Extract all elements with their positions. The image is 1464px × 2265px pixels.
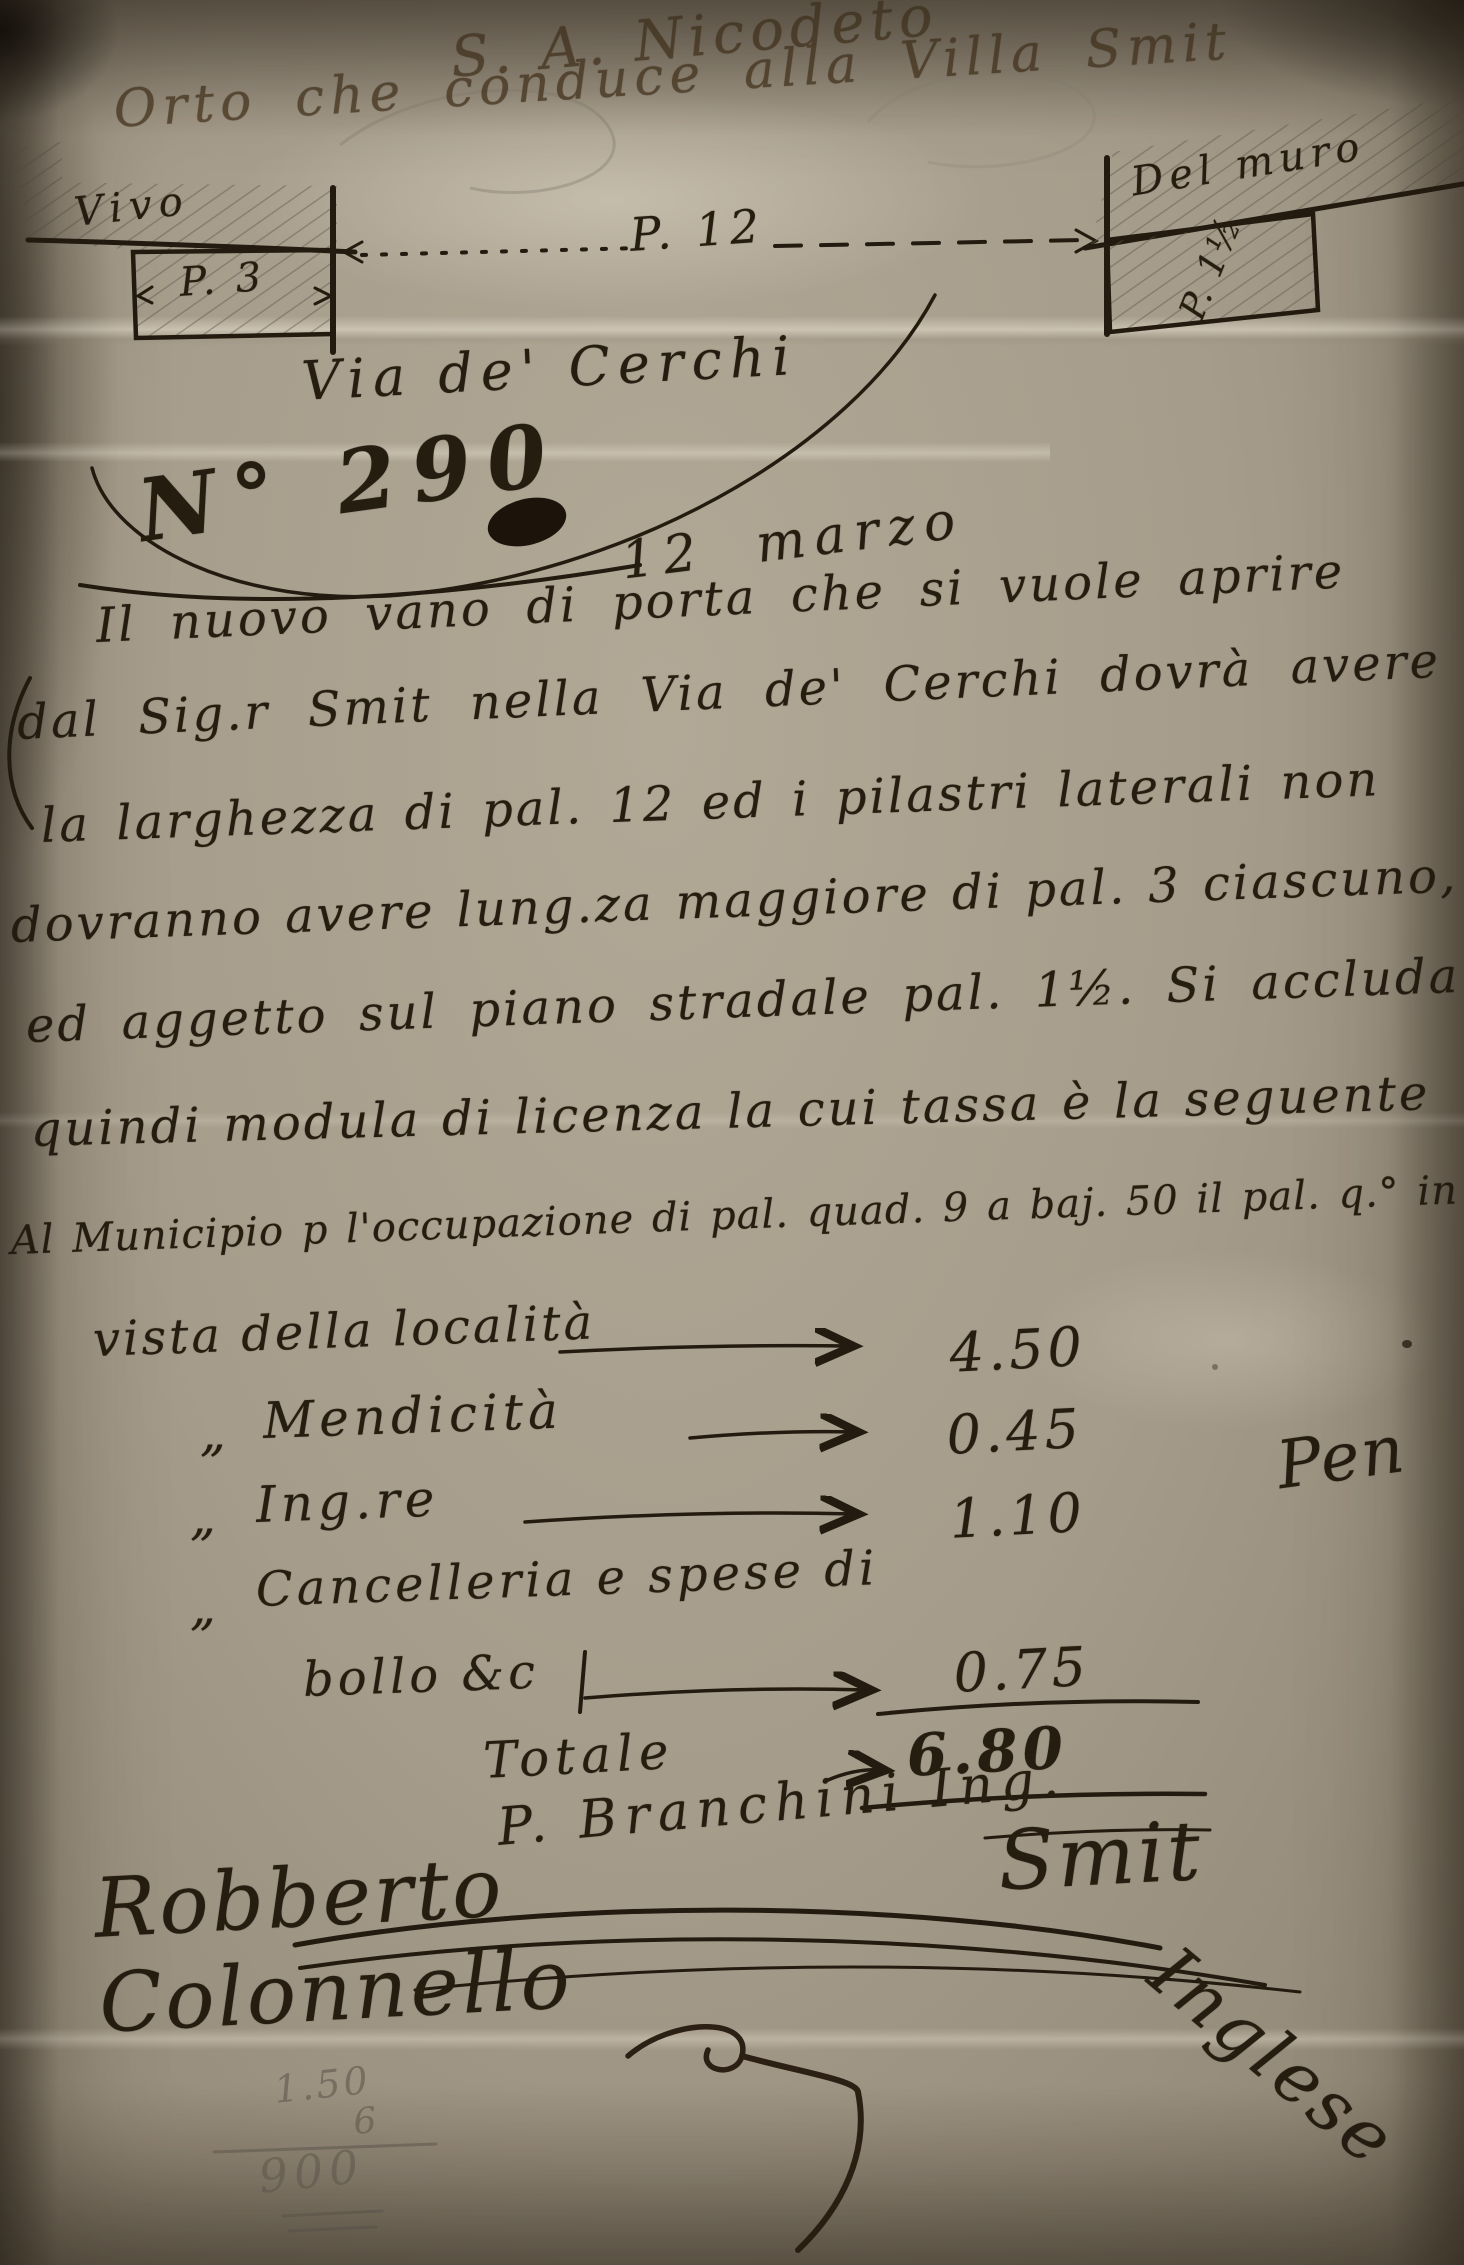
fee-intro-line: Al Municipio p l'occupazione di pal. qua… (10, 1167, 1459, 1264)
fee-item-amount: 1.10 (948, 1481, 1087, 1551)
fee-item-label: Ing.re (255, 1470, 440, 1534)
fee-item-label-cont: bollo &c (302, 1644, 540, 1708)
principal-signature: Robberto Smit Colonnello (92, 1804, 1210, 2052)
ditto-mark: „ (200, 1404, 226, 1462)
diagram-opening-dimension: P. 12 (628, 199, 766, 262)
body-line: dovranno avere lung.za maggiore di pal. … (10, 847, 1459, 954)
manuscript-page: S. A. Nicodeto Orto che conduce alla Vil… (0, 0, 1464, 2265)
ink-fleck (1402, 1340, 1412, 1348)
margin-side-note: Pen (1272, 1410, 1410, 1504)
fee-item-label: Cancelleria e spese di (255, 1540, 879, 1618)
diagram-right-wall-label: Del muro (1128, 123, 1368, 205)
pencil-result: 900 (256, 2139, 367, 2204)
ditto-mark: „ (190, 1578, 216, 1636)
fee-item-amount: 0.75 (952, 1635, 1091, 1705)
fee-item-label: Mendicità (262, 1382, 564, 1450)
fee-item-amount: 0.45 (945, 1397, 1084, 1467)
nationality-signature: Inglese (1134, 1930, 1413, 2183)
body-line: la larghezza di pal. 12 ed i pilastri la… (40, 751, 1381, 854)
fee-item-amount: 4.50 (948, 1315, 1087, 1385)
diagram-left-pilaster-dimension: P. 3 (178, 254, 267, 306)
fee-item-label: vista della località (92, 1294, 596, 1367)
document-number: N° 290 (132, 403, 569, 562)
ink-fleck (1212, 1364, 1218, 1370)
street-name: Via de' Cerchi (300, 324, 799, 413)
total-label: Totale (482, 1722, 676, 1790)
body-line: quindi modula di licenza la cui tassa è … (30, 1065, 1431, 1158)
body-line: dal Sig.r Smit nella Via de' Cerchi dovr… (16, 633, 1442, 751)
ditto-mark: „ (190, 1488, 216, 1546)
diagram-right-pilaster-dimension: P. 1½ (1172, 210, 1250, 325)
body-line: ed aggetto sul piano stradale pal. 1½. S… (25, 948, 1461, 1054)
diagram-left-wall-label: Vivo (72, 178, 192, 236)
pencil-figure: 6 (352, 2100, 378, 2142)
